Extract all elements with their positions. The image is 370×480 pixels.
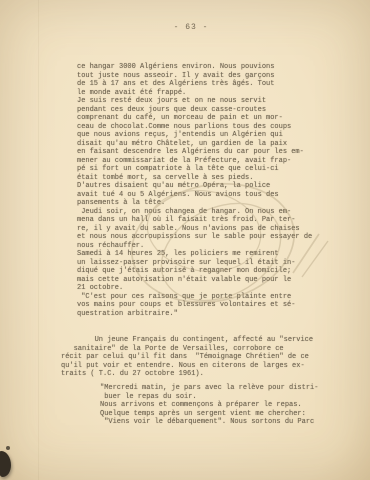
- text-line: de 15 à 17 ans et des Algériens très âgé…: [77, 80, 312, 89]
- text-line: 21 octobre.: [77, 284, 312, 293]
- text-line: Jeudi soir, on nous changea de hangar. O…: [77, 208, 312, 217]
- text-line: avait tué 4 ou 5 Algériens. Nous avions …: [77, 191, 312, 200]
- text-line: sanitaire" de la Porte de Versailles, co…: [61, 345, 313, 354]
- text-line: D'autres disaient qu'au métro Opéra, la …: [77, 182, 312, 191]
- text-line: était tombé mort, sa cervelle à ses pied…: [77, 174, 312, 183]
- ink-blot: [0, 451, 11, 477]
- quotation-paragraph: "Mercredi matin, je pars avec la relève …: [100, 384, 318, 427]
- text-line: et nous nous accroupissions sur le sable…: [77, 233, 312, 242]
- text-line: diqué que j'étais autorisé à regagner mo…: [77, 267, 312, 276]
- text-line: Samedi à 14 heures 25, les policiers me …: [77, 250, 312, 259]
- text-line: en faisant descendre les Algériens du ca…: [77, 148, 312, 157]
- text-line: récit par celui qu'il fit dans "Témoigna…: [61, 353, 313, 362]
- narration-paragraph: Un jeune Français du contingent, affecté…: [61, 336, 313, 379]
- document-page: - 63 - ce hangar 3000 Algériens environ.…: [0, 0, 370, 480]
- text-line: pé si fort un compatriote à la tête que …: [77, 165, 312, 174]
- text-line: "Viens voir le débarquement". Nous sorto…: [100, 418, 318, 427]
- text-line: "Mercredi matin, je pars avec la relève …: [100, 384, 318, 393]
- text-line: vos mains pour coups et blessures volont…: [77, 301, 312, 310]
- text-line: mais cette autorisation n'était valable …: [77, 276, 312, 285]
- text-line: pendant ces deux jours que deux casse-cr…: [77, 106, 312, 115]
- text-line: buer le repas du soir.: [100, 393, 318, 402]
- text-line: re, il y avait du sable. Nous n'avions p…: [77, 225, 312, 234]
- text-line: tout juste nous asseoir. Il y avait des …: [77, 72, 312, 81]
- page-number: - 63 -: [0, 23, 370, 32]
- text-line: le monde avait été frappé.: [77, 89, 312, 98]
- text-line: traits ( T.C. du 27 octobre 1961).: [61, 370, 313, 379]
- text-line: comprenant du café, un morceau de pain e…: [77, 114, 312, 123]
- text-line: Un jeune Français du contingent, affecté…: [61, 336, 313, 345]
- text-line: Nous arrivons et commençons à préparer l…: [100, 401, 318, 410]
- paper-crease: [38, 0, 39, 480]
- text-line: ce hangar 3000 Algériens environ. Nous p…: [77, 63, 312, 72]
- text-line: disait qu'au métro Châtelet, un gardien …: [77, 140, 312, 149]
- text-line: nous réchauffer.: [77, 242, 312, 251]
- ink-speck: [6, 446, 10, 450]
- testimony-paragraph: ce hangar 3000 Algériens environ. Nous p…: [77, 63, 312, 318]
- text-line: mener au commissariat de la Préfecture, …: [77, 157, 312, 166]
- text-line: mena dans un hall où il faisait très fro…: [77, 216, 312, 225]
- text-line: que nous avions reçus, j'entendis un Alg…: [77, 131, 312, 140]
- text-line: ceau de chocolat.Comme nous parlions tou…: [77, 123, 312, 132]
- text-line: Quelque temps après un sergent vient me …: [100, 410, 318, 419]
- text-line: pansements à la tête.: [77, 199, 312, 208]
- text-line: questration arbitraire.": [77, 310, 312, 319]
- text-line: qu'il put voir et entendre. Nous en cite…: [61, 362, 313, 371]
- text-line: Je suis resté deux jours et on ne nous s…: [77, 97, 312, 106]
- text-line: un laissez-passer provisoire sur lequel …: [77, 259, 312, 268]
- text-line: "C'est pour ces raisons que je porte pla…: [77, 293, 312, 302]
